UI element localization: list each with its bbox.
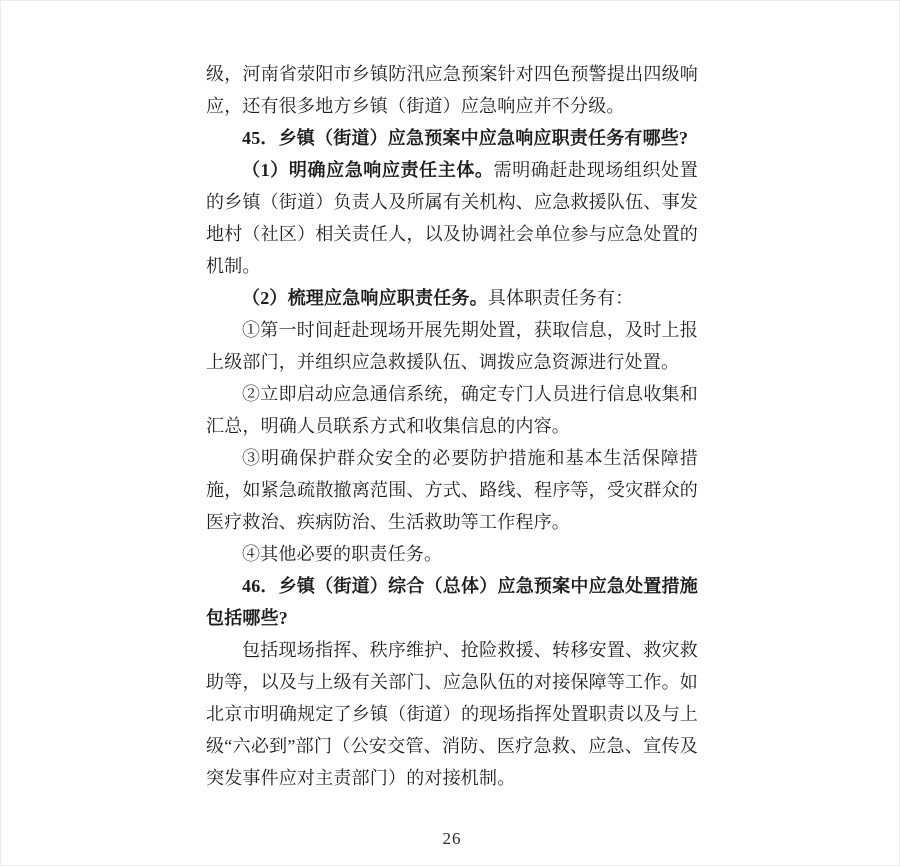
- paragraph: （1）明确应急响应责任主体。需明确赶赴现场组织处置的乡镇（街道）负责人及所属有关…: [206, 154, 698, 282]
- paragraph: 包括现场指挥、秩序维护、抢险救援、转移安置、救灾救助等，以及与上级有关部门、应急…: [206, 634, 698, 794]
- paragraph: 45．乡镇（街道）应急预案中应急响应职责任务有哪些?: [206, 122, 698, 154]
- paragraph: ③明确保护群众安全的必要防护措施和基本生活保障措施，如紧急疏散撤离范围、方式、路…: [206, 442, 698, 538]
- paragraph: ②立即启动应急通信系统，确定专门人员进行信息收集和汇总，明确人员联系方式和收集信…: [206, 378, 698, 442]
- document-page: 级，河南省荥阳市乡镇防汛应急预案针对四色预警提出四级响应，还有很多地方乡镇（街道…: [0, 0, 900, 866]
- text-segment: （1）明确应急响应责任主体。: [242, 160, 494, 180]
- text-segment: ①第一时间赶赴现场开展先期处置，获取信息，及时上报上级部门，并组织应急救援队伍、…: [206, 320, 698, 372]
- text-segment: ③明确保护群众安全的必要防护措施和基本生活保障措施，如紧急疏散撤离范围、方式、路…: [206, 448, 698, 532]
- paragraph: 46．乡镇（街道）综合（总体）应急预案中应急处置措施包括哪些?: [206, 570, 698, 634]
- paragraph: ①第一时间赶赴现场开展先期处置，获取信息，及时上报上级部门，并组织应急救援队伍、…: [206, 314, 698, 378]
- text-segment: ④其他必要的职责任务。: [242, 544, 442, 564]
- paragraph: ④其他必要的职责任务。: [206, 538, 698, 570]
- page-number: 26: [206, 829, 698, 849]
- text-block: 级，河南省荥阳市乡镇防汛应急预案针对四色预警提出四级响应，还有很多地方乡镇（街道…: [206, 58, 698, 794]
- text-segment: 具体职责任务有：: [488, 288, 634, 308]
- paragraph: （2）梳理应急响应职责任务。具体职责任务有：: [206, 282, 698, 314]
- text-segment: 46．乡镇（街道）综合（总体）应急预案中应急处置措施包括哪些?: [206, 576, 698, 628]
- text-segment: 包括现场指挥、秩序维护、抢险救援、转移安置、救灾救助等，以及与上级有关部门、应急…: [206, 640, 698, 788]
- text-segment: 45．乡镇（街道）应急预案中应急响应职责任务有哪些?: [242, 128, 688, 148]
- text-segment: （2）梳理应急响应职责任务。: [242, 288, 488, 308]
- text-segment: 级，河南省荥阳市乡镇防汛应急预案针对四色预警提出四级响应，还有很多地方乡镇（街道…: [206, 64, 698, 116]
- text-segment: ②立即启动应急通信系统，确定专门人员进行信息收集和汇总，明确人员联系方式和收集信…: [206, 384, 698, 436]
- paragraph: 级，河南省荥阳市乡镇防汛应急预案针对四色预警提出四级响应，还有很多地方乡镇（街道…: [206, 58, 698, 122]
